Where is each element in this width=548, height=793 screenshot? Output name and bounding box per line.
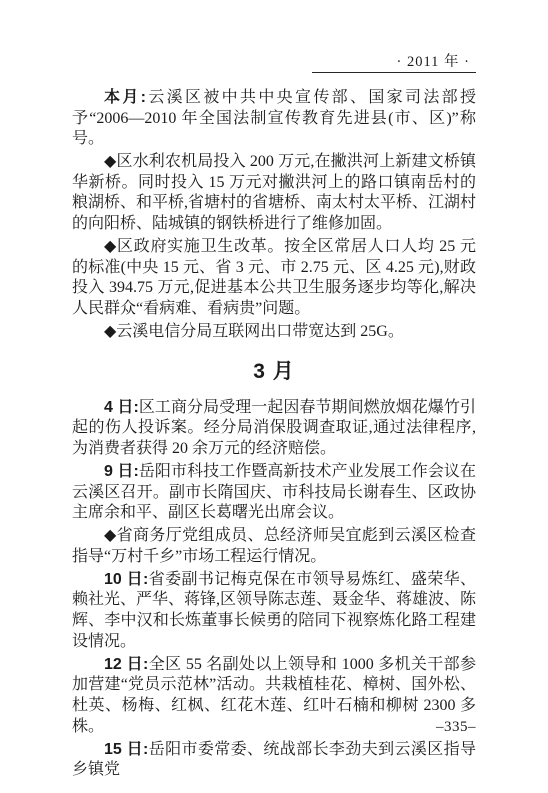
entry-paragraph: 15 日:岳阳市委常委、统战部长李劲夫到云溪区指导乡镇党 — [72, 740, 476, 781]
entry-paragraph: ◆区水利农机局投入 200 万元,在撇洪河上新建文桥镇华新桥。同时投入 15 万… — [72, 152, 476, 234]
entry-text: ◆省商务厅党组成员、总经济师吴宜彪到云溪区检查指导“万村千乡”市场工程运行情况。 — [72, 527, 476, 565]
page-number: –335– — [436, 719, 476, 736]
entry-paragraph: ◆省商务厅党组成员、总经济师吴宜彪到云溪区检查指导“万村千乡”市场工程运行情况。 — [72, 526, 476, 567]
entry-text: ◆云溪电信分局互联网出口带宽达到 25G。 — [104, 323, 404, 340]
entry-label: 10 日: — [104, 571, 148, 588]
entry-paragraph: 本月:云溪区被中共中央宣传部、国家司法部授予“2006—2010 年全国法制宣传… — [72, 88, 476, 150]
entry-text: ◆区政府实施卫生改革。按全区常居人口人均 25 元的标准(中央 15 元、省 3… — [72, 238, 476, 317]
entry-paragraph: 9 日:岳阳市科技工作暨高新技术产业发展工作会议在云溪区召开。副市长隋国庆、市科… — [72, 462, 476, 524]
entry-label: 9 日: — [104, 463, 139, 480]
page-header: · 2011 年 · — [72, 50, 476, 71]
entry-label: 15 日: — [104, 741, 148, 758]
entry-text: ◆区水利农机局投入 200 万元,在撇洪河上新建文桥镇华新桥。同时投入 15 万… — [72, 153, 476, 232]
entry-label: 12 日: — [104, 656, 148, 673]
entry-paragraph: 10 日:省委副书记梅克保在市领导易炼红、盛荣华、赖社光、严华、蒋锋,区领导陈志… — [72, 570, 476, 652]
entry-paragraph: 4 日:区工商分局受理一起因春节期间燃放烟花爆竹引起的伤人投诉案。经分局消保股调… — [72, 398, 476, 460]
month-heading: 3 月 — [72, 359, 476, 385]
entry-paragraph: ◆区政府实施卫生改革。按全区常居人口人均 25 元的标准(中央 15 元、省 3… — [72, 237, 476, 319]
entry-label: 本月: — [104, 89, 146, 106]
document-page: · 2011 年 · 本月:云溪区被中共中央宣传部、国家司法部授予“2006—2… — [0, 0, 548, 793]
entry-paragraph: 12 日:全区 55 名副处以上领导和 1000 多机关干部参加营建“党员示范林… — [72, 655, 476, 737]
header-year-label: · 2011 年 · — [397, 54, 477, 70]
entry-label: 4 日: — [104, 399, 139, 416]
entry-paragraph: ◆云溪电信分局互联网出口带宽达到 25G。 — [72, 322, 476, 343]
document-body: 本月:云溪区被中共中央宣传部、国家司法部授予“2006—2010 年全国法制宣传… — [72, 88, 476, 783]
header-divider — [312, 72, 476, 73]
